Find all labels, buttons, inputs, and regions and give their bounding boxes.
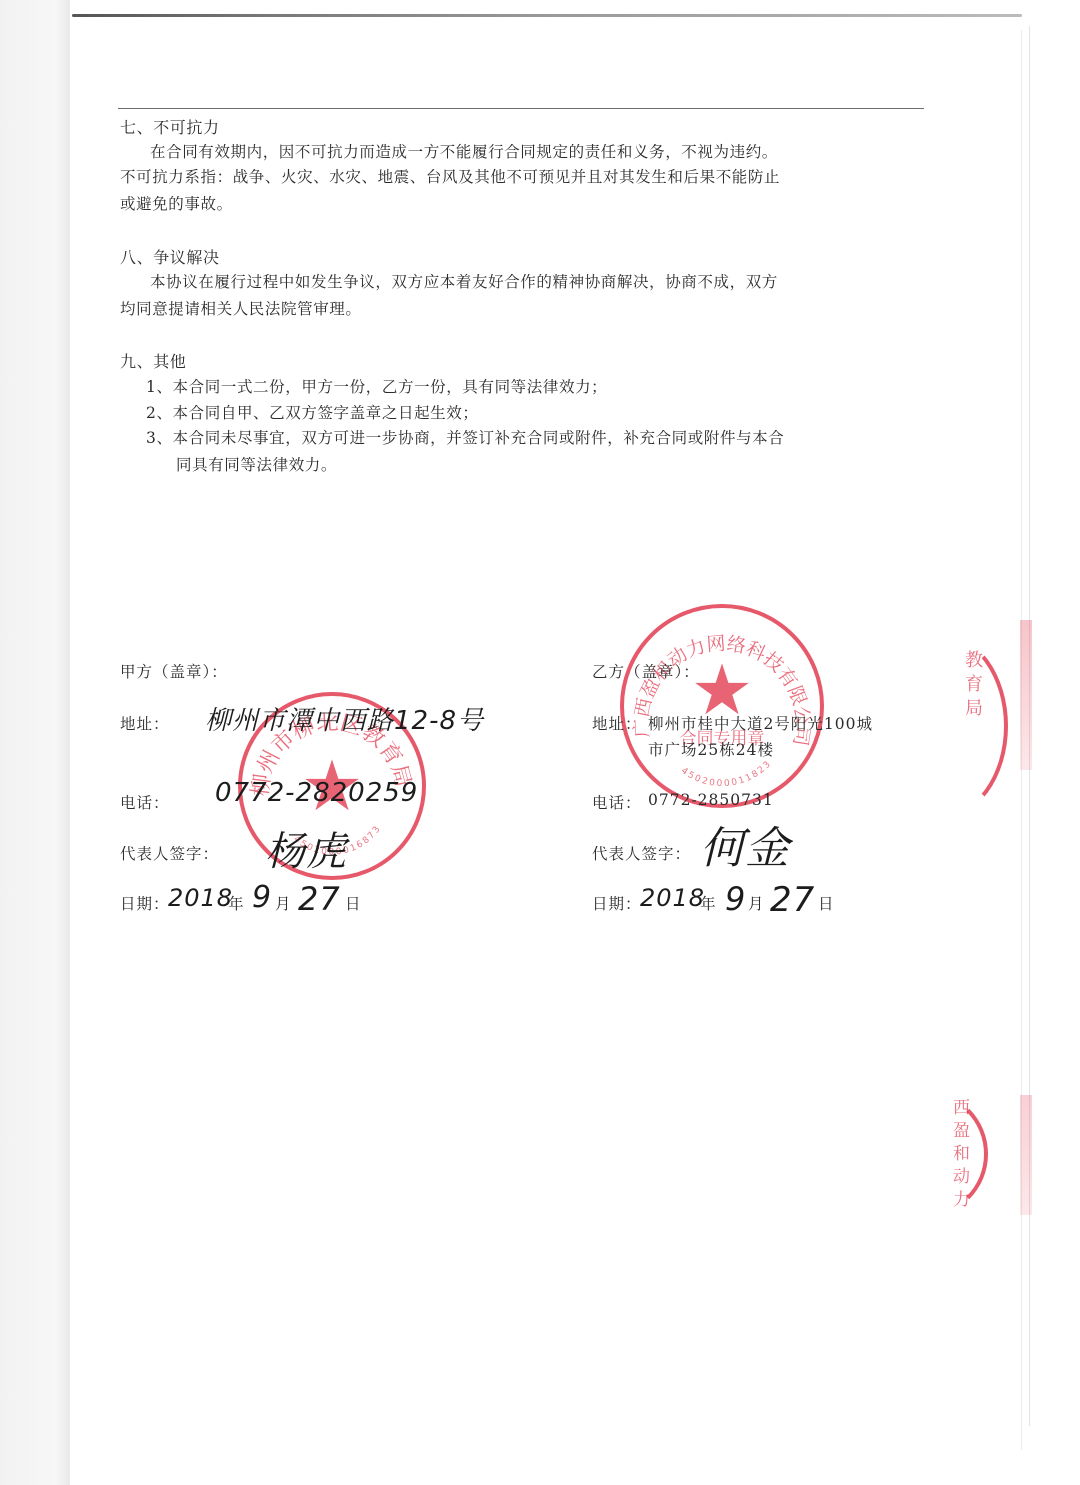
- header-divider: [118, 108, 924, 109]
- party-b-phone-label: 电话：: [592, 791, 642, 813]
- party-a-rep-signature: 杨虎: [265, 820, 347, 877]
- party-a-date-year: 2018: [168, 884, 233, 912]
- party-a-address-handwritten: 柳州市潭中西路12-8号: [205, 700, 484, 737]
- party-a-date-day: 27: [298, 880, 341, 918]
- party-a-address-label: 地址：: [120, 712, 170, 734]
- party-b-official-seal: 广西盈和动力网络科技有限公司 4502000011823 合同专用章 ★: [620, 604, 824, 808]
- scan-left-margin: [0, 0, 70, 1485]
- party-b-month-unit: 月: [748, 892, 765, 914]
- party-b-year-unit: 年: [700, 892, 717, 914]
- party-a-date-label: 日期：: [120, 892, 170, 914]
- party-b-address-line-1: 柳州市桂中大道2号阳光100城: [648, 712, 873, 734]
- section-8-line-2: 均同意提请相关人民法院管审理。: [120, 295, 362, 323]
- party-a-rep-label: 代表人签字：: [120, 842, 219, 864]
- section-9-item-2: 2、本合同自甲、乙双方签字盖章之日起生效；: [146, 399, 478, 427]
- page-top-edge: [72, 14, 1022, 17]
- party-b-date-label: 日期：: [592, 892, 642, 914]
- edge-seal-fragment: [1020, 620, 1032, 770]
- section-9-item-1: 1、本合同一式二份，甲方一份，乙方一份，具有同等法律效力；: [146, 373, 607, 401]
- section-9-heading: 九、其他: [120, 348, 186, 376]
- party-a-month-unit: 月: [275, 892, 292, 914]
- edge-seal-fragment-2: [1020, 1095, 1032, 1215]
- party-a-year-unit: 年: [228, 892, 245, 914]
- party-b-label: 乙方（盖章）：: [592, 660, 700, 682]
- party-b-date-day: 27: [770, 880, 815, 920]
- edge-seal-top-text: 教育局: [958, 650, 986, 722]
- party-a-phone-label: 电话：: [120, 791, 170, 813]
- section-9-item-3: 3、本合同未尽事宜，双方可进一步协商，并签订补充合同或附件，补充合同或附件与本合: [146, 424, 784, 452]
- party-b-rep-label: 代表人签字：: [592, 842, 691, 864]
- edge-seal-top: [870, 632, 1008, 820]
- section-9-item-3-cont: 同具有同等法律效力。: [176, 451, 337, 479]
- party-b-address-label: 地址：: [592, 712, 642, 734]
- party-a-day-unit: 日: [345, 892, 362, 914]
- party-b-date-year: 2018: [640, 884, 705, 912]
- party-a-label: 甲方（盖章）：: [120, 660, 228, 682]
- party-a-phone-handwritten: 0772-2820259: [215, 778, 418, 808]
- party-b-phone-value: 0772-2850731: [648, 791, 774, 809]
- party-b-day-unit: 日: [818, 892, 835, 914]
- section-7-line-3: 或避免的事故。: [120, 190, 233, 218]
- edge-seal-bottom-text: 西盈和动力: [945, 1098, 973, 1213]
- party-b-address-line-2: 市广场25栋24楼: [648, 738, 774, 760]
- party-b-rep-signature: 何金: [700, 812, 790, 876]
- section-8-line-1: 本协议在履行过程中如发生争议，双方应本着友好合作的精神协商解决，协商不成，双方: [150, 268, 778, 296]
- party-a-date-month: 9: [252, 880, 272, 915]
- svg-text:4502000011823: 4502000011823: [679, 758, 774, 789]
- section-7-line-2: 不可抗力系指：战争、火灾、水灾、地震、台风及其他不可预见并且对其发生和后果不能防…: [120, 163, 780, 191]
- section-7-line-1: 在合同有效期内，因不可抗力而造成一方不能履行合同规定的责任和义务，不视为违约。: [150, 138, 778, 166]
- party-b-date-month: 9: [725, 880, 746, 918]
